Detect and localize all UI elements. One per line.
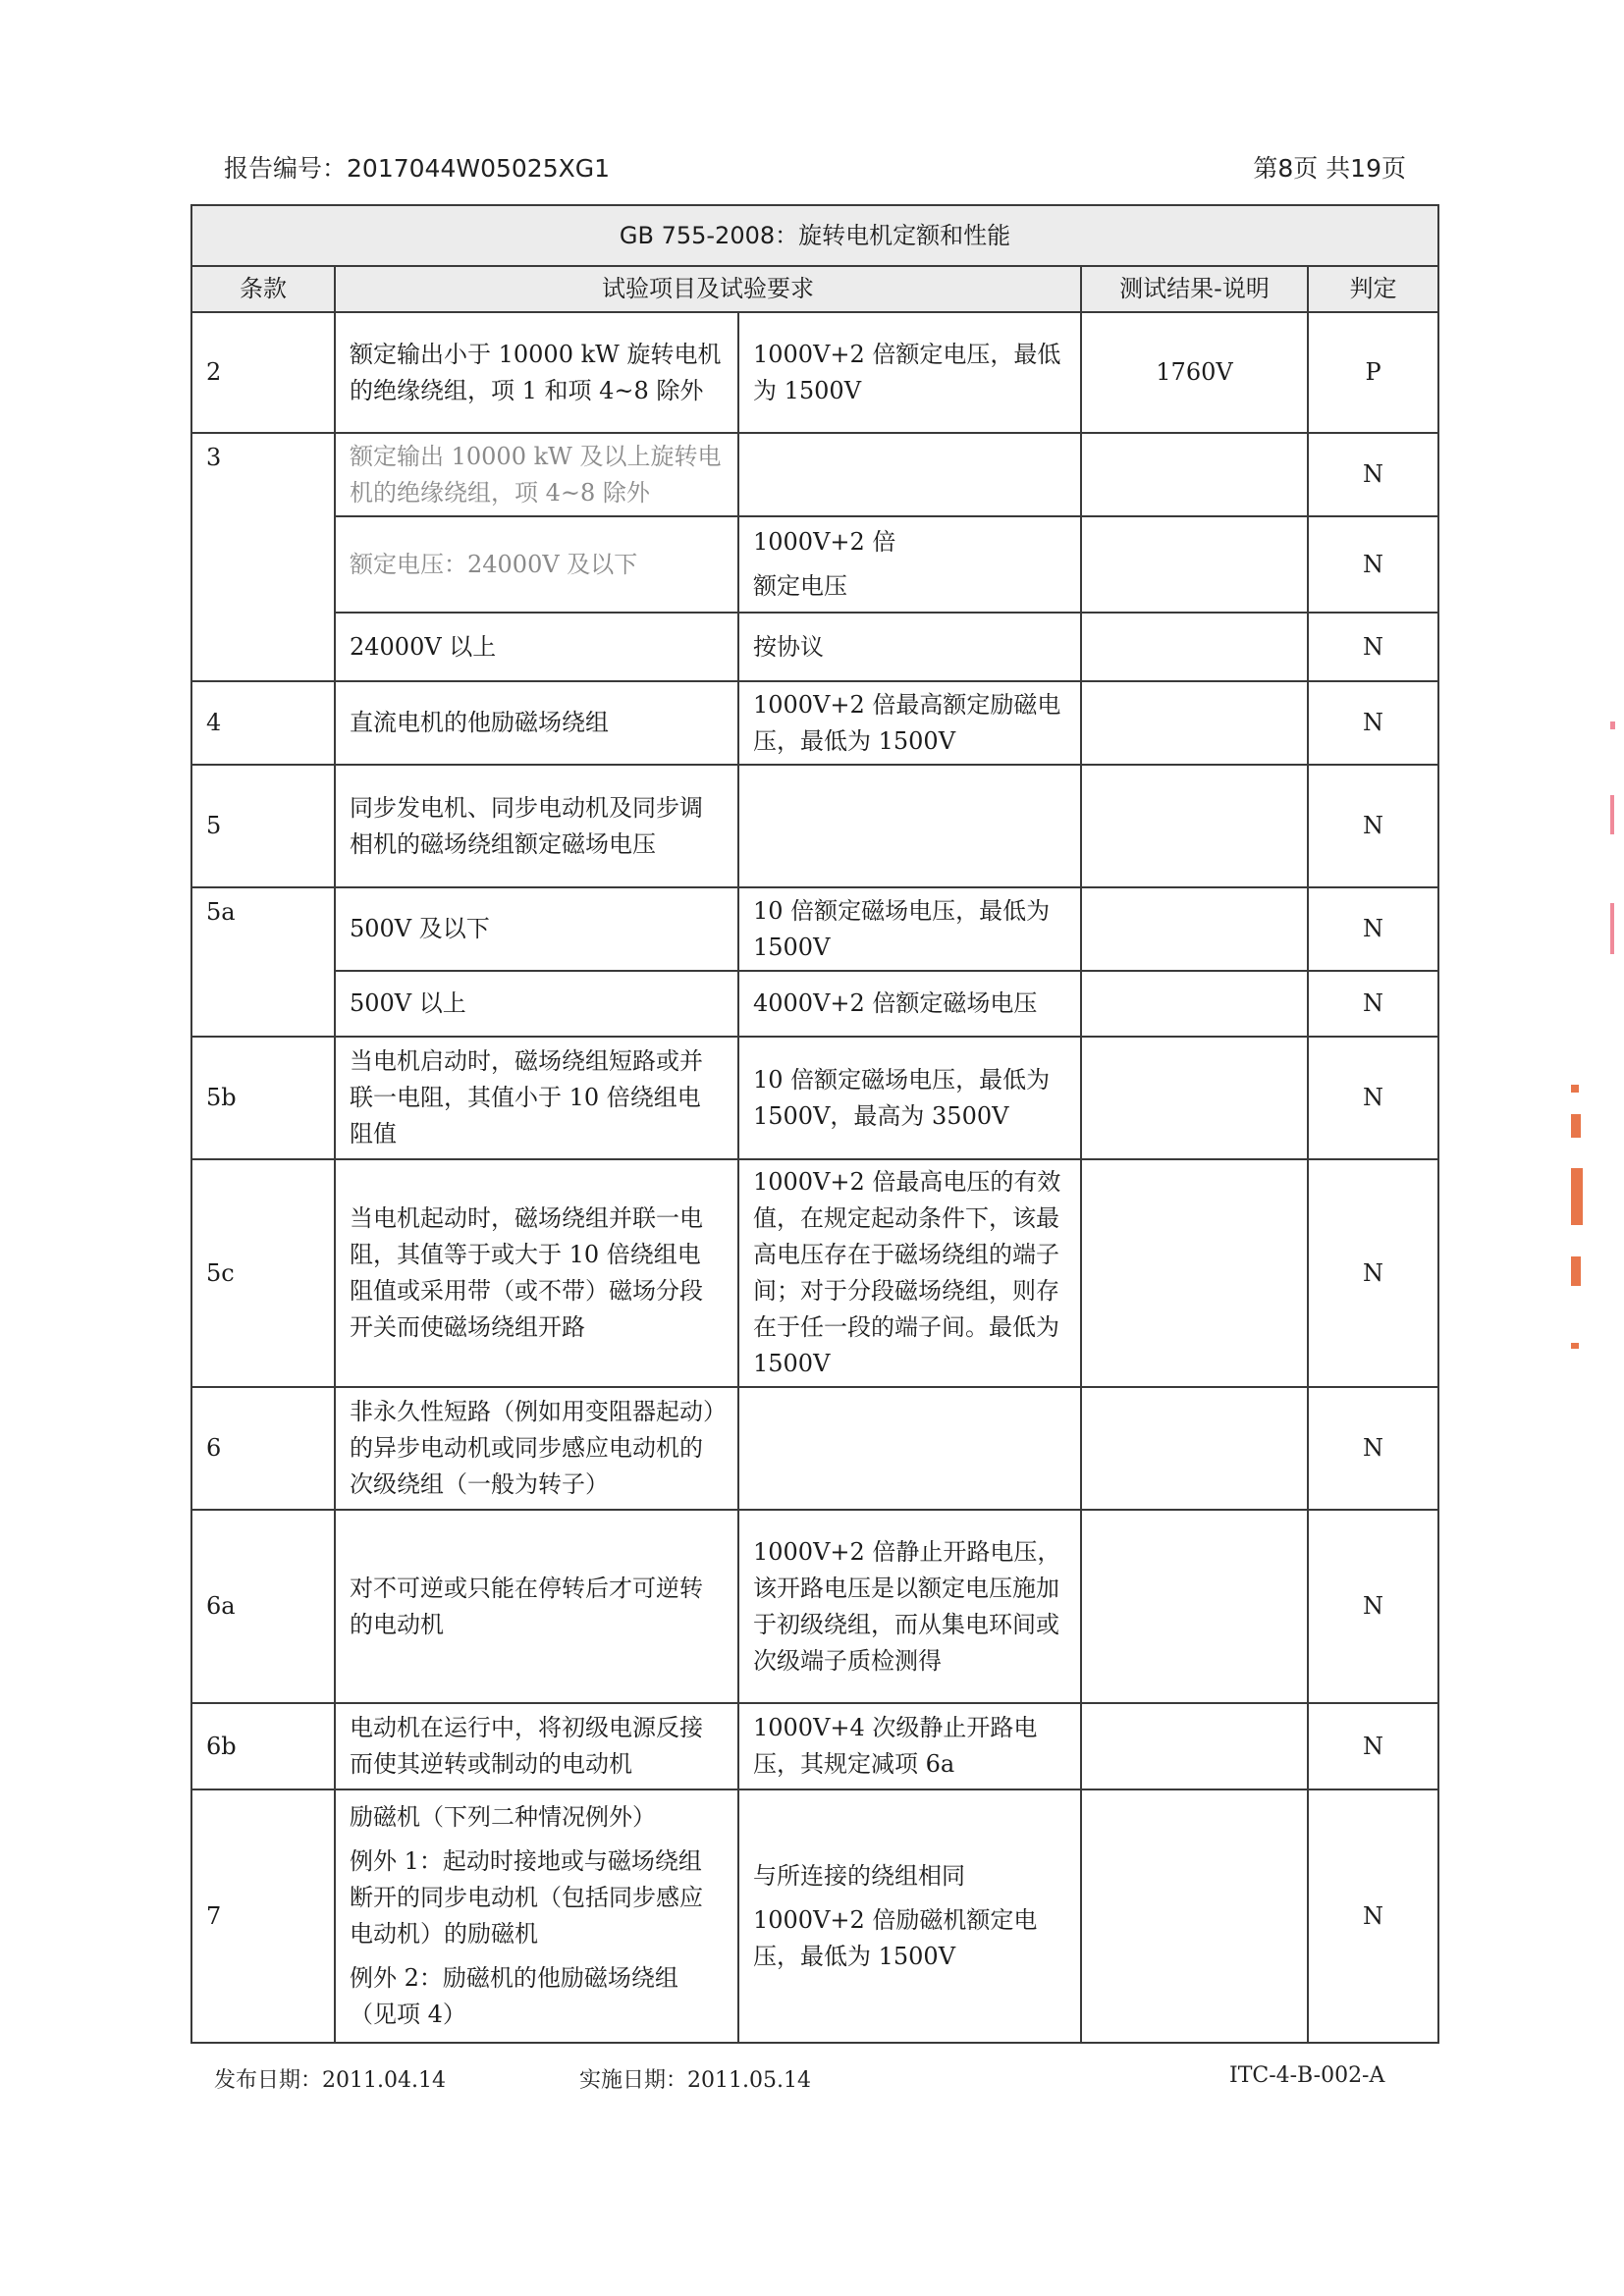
table-row: 6 非永久性短路（例如用变阻器起动）的异步电动机或同步感应电动机的次级绕组（一般…	[191, 1387, 1438, 1510]
col-header-item: 试验项目及试验要求	[335, 266, 1081, 312]
verdict-cell: N	[1308, 681, 1438, 765]
stamp-mark	[1610, 903, 1614, 954]
page-info: 第8页 共19页	[1253, 149, 1406, 185]
item-cell: 24000V 以上	[335, 613, 738, 681]
verdict-cell: N	[1308, 613, 1438, 681]
report-number-label: 报告编号：	[224, 154, 347, 183]
table-row: 5c 当电机起动时，磁场绕组并联一电阻，其值等于或大于 10 倍绕组电阻值或采用…	[191, 1159, 1438, 1387]
stamp-mark	[1571, 1168, 1583, 1225]
stamp-mark	[1610, 721, 1615, 729]
stamp-mark	[1610, 795, 1614, 834]
requirement-cell	[738, 765, 1081, 887]
requirement-cell: 1000V+2 倍额定电压，最低为 1500V	[738, 312, 1081, 433]
requirement-cell: 10 倍额定磁场电压，最低为 1500V，最高为 3500V	[738, 1037, 1081, 1159]
requirement-line: 额定电压	[753, 568, 1066, 605]
item-cell: 额定电压：24000V 及以下	[335, 516, 738, 613]
result-cell	[1081, 681, 1308, 765]
clause-cell: 6b	[191, 1703, 335, 1789]
verdict-cell: N	[1308, 765, 1438, 887]
item-cell: 励磁机（下列二种情况例外） 例外 1：起动时接地或与磁场绕组断开的同步电动机（包…	[335, 1789, 738, 2043]
table-row: 额定电压：24000V 及以下 1000V+2 倍 额定电压 N	[191, 516, 1438, 613]
clause-cell: 5b	[191, 1037, 335, 1159]
table-title: GB 755-2008：旋转电机定额和性能	[191, 205, 1438, 266]
clause-cell: 4	[191, 681, 335, 765]
requirement-cell	[738, 433, 1081, 516]
table-row: 5b 当电机启动时，磁场绕组短路或并联一电阻，其值小于 10 倍绕组电阻值 10…	[191, 1037, 1438, 1159]
clause-cell: 7	[191, 1789, 335, 2043]
clause-cell: 6a	[191, 1510, 335, 1703]
verdict-cell: N	[1308, 1387, 1438, 1510]
item-cell: 500V 及以下	[335, 887, 738, 971]
item-cell: 电动机在运行中，将初级电源反接而使其逆转或制动的电动机	[335, 1703, 738, 1789]
item-line: 例外 1：起动时接地或与磁场绕组断开的同步电动机（包括同步感应电动机）的励磁机	[350, 1843, 724, 1952]
verdict-cell: N	[1308, 1510, 1438, 1703]
requirement-cell: 10 倍额定磁场电压，最低为 1500V	[738, 887, 1081, 971]
requirement-cell	[738, 1387, 1081, 1510]
report-number-value: 2017044W05025XG1	[347, 154, 610, 183]
requirement-cell: 与所连接的绕组相同 1000V+2 倍励磁机额定电压，最低为 1500V	[738, 1789, 1081, 2043]
item-cell: 当电机启动时，磁场绕组短路或并联一电阻，其值小于 10 倍绕组电阻值	[335, 1037, 738, 1159]
result-cell	[1081, 1387, 1308, 1510]
item-cell: 额定输出小于 10000 kW 旋转电机的绝缘绕组，项 1 和项 4~8 除外	[335, 312, 738, 433]
table-row: 7 励磁机（下列二种情况例外） 例外 1：起动时接地或与磁场绕组断开的同步电动机…	[191, 1789, 1438, 2043]
requirement-cell: 按协议	[738, 613, 1081, 681]
document-code: ITC-4-B-002-A	[1229, 2063, 1384, 2088]
stamp-mark	[1571, 1085, 1579, 1093]
issue-date: 发布日期：2011.04.14	[214, 2063, 446, 2094]
item-cell: 当电机起动时，磁场绕组并联一电阻，其值等于或大于 10 倍绕组电阻值或采用带（或…	[335, 1159, 738, 1387]
result-cell	[1081, 1037, 1308, 1159]
result-cell	[1081, 516, 1308, 613]
verdict-cell: N	[1308, 433, 1438, 516]
verdict-cell: N	[1308, 1789, 1438, 2043]
requirement-cell: 1000V+2 倍静止开路电压，该开路电压是以额定电压施加于初级绕组，而从集电环…	[738, 1510, 1081, 1703]
requirement-cell: 1000V+2 倍 额定电压	[738, 516, 1081, 613]
test-table: GB 755-2008：旋转电机定额和性能 条款 试验项目及试验要求 测试结果-…	[190, 204, 1439, 2044]
result-cell	[1081, 433, 1308, 516]
verdict-cell: N	[1308, 1159, 1438, 1387]
requirement-cell: 4000V+2 倍额定磁场电压	[738, 971, 1081, 1037]
item-cell: 额定输出 10000 kW 及以上旋转电机的绝缘绕组，项 4~8 除外	[335, 433, 738, 516]
item-cell: 500V 以上	[335, 971, 738, 1037]
verdict-cell: P	[1308, 312, 1438, 433]
result-cell	[1081, 765, 1308, 887]
clause-cell: 6	[191, 1387, 335, 1510]
report-number: 报告编号：2017044W05025XG1	[224, 149, 610, 185]
item-line: 励磁机（下列二种情况例外）	[350, 1799, 724, 1836]
effective-date: 实施日期：2011.05.14	[579, 2063, 811, 2094]
result-cell	[1081, 613, 1308, 681]
item-cell: 直流电机的他励磁场绕组	[335, 681, 738, 765]
result-cell	[1081, 971, 1308, 1037]
verdict-cell: N	[1308, 1037, 1438, 1159]
table-row: 5a 500V 及以下 10 倍额定磁场电压，最低为 1500V N	[191, 887, 1438, 971]
item-cell: 非永久性短路（例如用变阻器起动）的异步电动机或同步感应电动机的次级绕组（一般为转…	[335, 1387, 738, 1510]
column-header-row: 条款 试验项目及试验要求 测试结果-说明 判定	[191, 266, 1438, 312]
clause-cell: 5c	[191, 1159, 335, 1387]
verdict-cell: N	[1308, 971, 1438, 1037]
table-row: 3 额定输出 10000 kW 及以上旋转电机的绝缘绕组，项 4~8 除外 N	[191, 433, 1438, 516]
table-row: 24000V 以上 按协议 N	[191, 613, 1438, 681]
clause-cell: 3	[191, 433, 335, 681]
table-row: 4 直流电机的他励磁场绕组 1000V+2 倍最高额定励磁电压，最低为 1500…	[191, 681, 1438, 765]
table-row: 5 同步发电机、同步电动机及同步调相机的磁场绕组额定磁场电压 N	[191, 765, 1438, 887]
result-cell: 1760V	[1081, 312, 1308, 433]
col-header-clause: 条款	[191, 266, 335, 312]
item-cell: 对不可逆或只能在停转后才可逆转的电动机	[335, 1510, 738, 1703]
col-header-verdict: 判定	[1308, 266, 1438, 312]
stamp-mark	[1571, 1114, 1581, 1138]
requirement-cell: 1000V+2 倍最高额定励磁电压，最低为 1500V	[738, 681, 1081, 765]
clause-cell: 2	[191, 312, 335, 433]
item-cell: 同步发电机、同步电动机及同步调相机的磁场绕组额定磁场电压	[335, 765, 738, 887]
stamp-mark	[1571, 1343, 1579, 1349]
table-row: 500V 以上 4000V+2 倍额定磁场电压 N	[191, 971, 1438, 1037]
item-line: 例外 2：励磁机的他励磁场绕组（见项 4）	[350, 1960, 724, 2033]
requirement-line: 与所连接的绕组相同	[753, 1858, 1066, 1895]
result-cell	[1081, 887, 1308, 971]
requirement-line: 1000V+2 倍励磁机额定电压，最低为 1500V	[753, 1902, 1066, 1975]
result-cell	[1081, 1510, 1308, 1703]
verdict-cell: N	[1308, 887, 1438, 971]
table-row: 6a 对不可逆或只能在停转后才可逆转的电动机 1000V+2 倍静止开路电压，该…	[191, 1510, 1438, 1703]
clause-cell: 5	[191, 765, 335, 887]
table-row: 2 额定输出小于 10000 kW 旋转电机的绝缘绕组，项 1 和项 4~8 除…	[191, 312, 1438, 433]
table-title-row: GB 755-2008：旋转电机定额和性能	[191, 205, 1438, 266]
table-row: 6b 电动机在运行中，将初级电源反接而使其逆转或制动的电动机 1000V+4 次…	[191, 1703, 1438, 1789]
requirement-line: 1000V+2 倍	[753, 524, 1066, 561]
verdict-cell: N	[1308, 516, 1438, 613]
result-cell	[1081, 1159, 1308, 1387]
requirement-cell: 1000V+4 次级静止开路电压，其规定减项 6a	[738, 1703, 1081, 1789]
col-header-result: 测试结果-说明	[1081, 266, 1308, 312]
verdict-cell: N	[1308, 1703, 1438, 1789]
requirement-cell: 1000V+2 倍最高电压的有效值，在规定起动条件下，该最高电压存在于磁场绕组的…	[738, 1159, 1081, 1387]
result-cell	[1081, 1789, 1308, 2043]
clause-cell: 5a	[191, 887, 335, 1037]
result-cell	[1081, 1703, 1308, 1789]
stamp-mark	[1571, 1256, 1581, 1286]
